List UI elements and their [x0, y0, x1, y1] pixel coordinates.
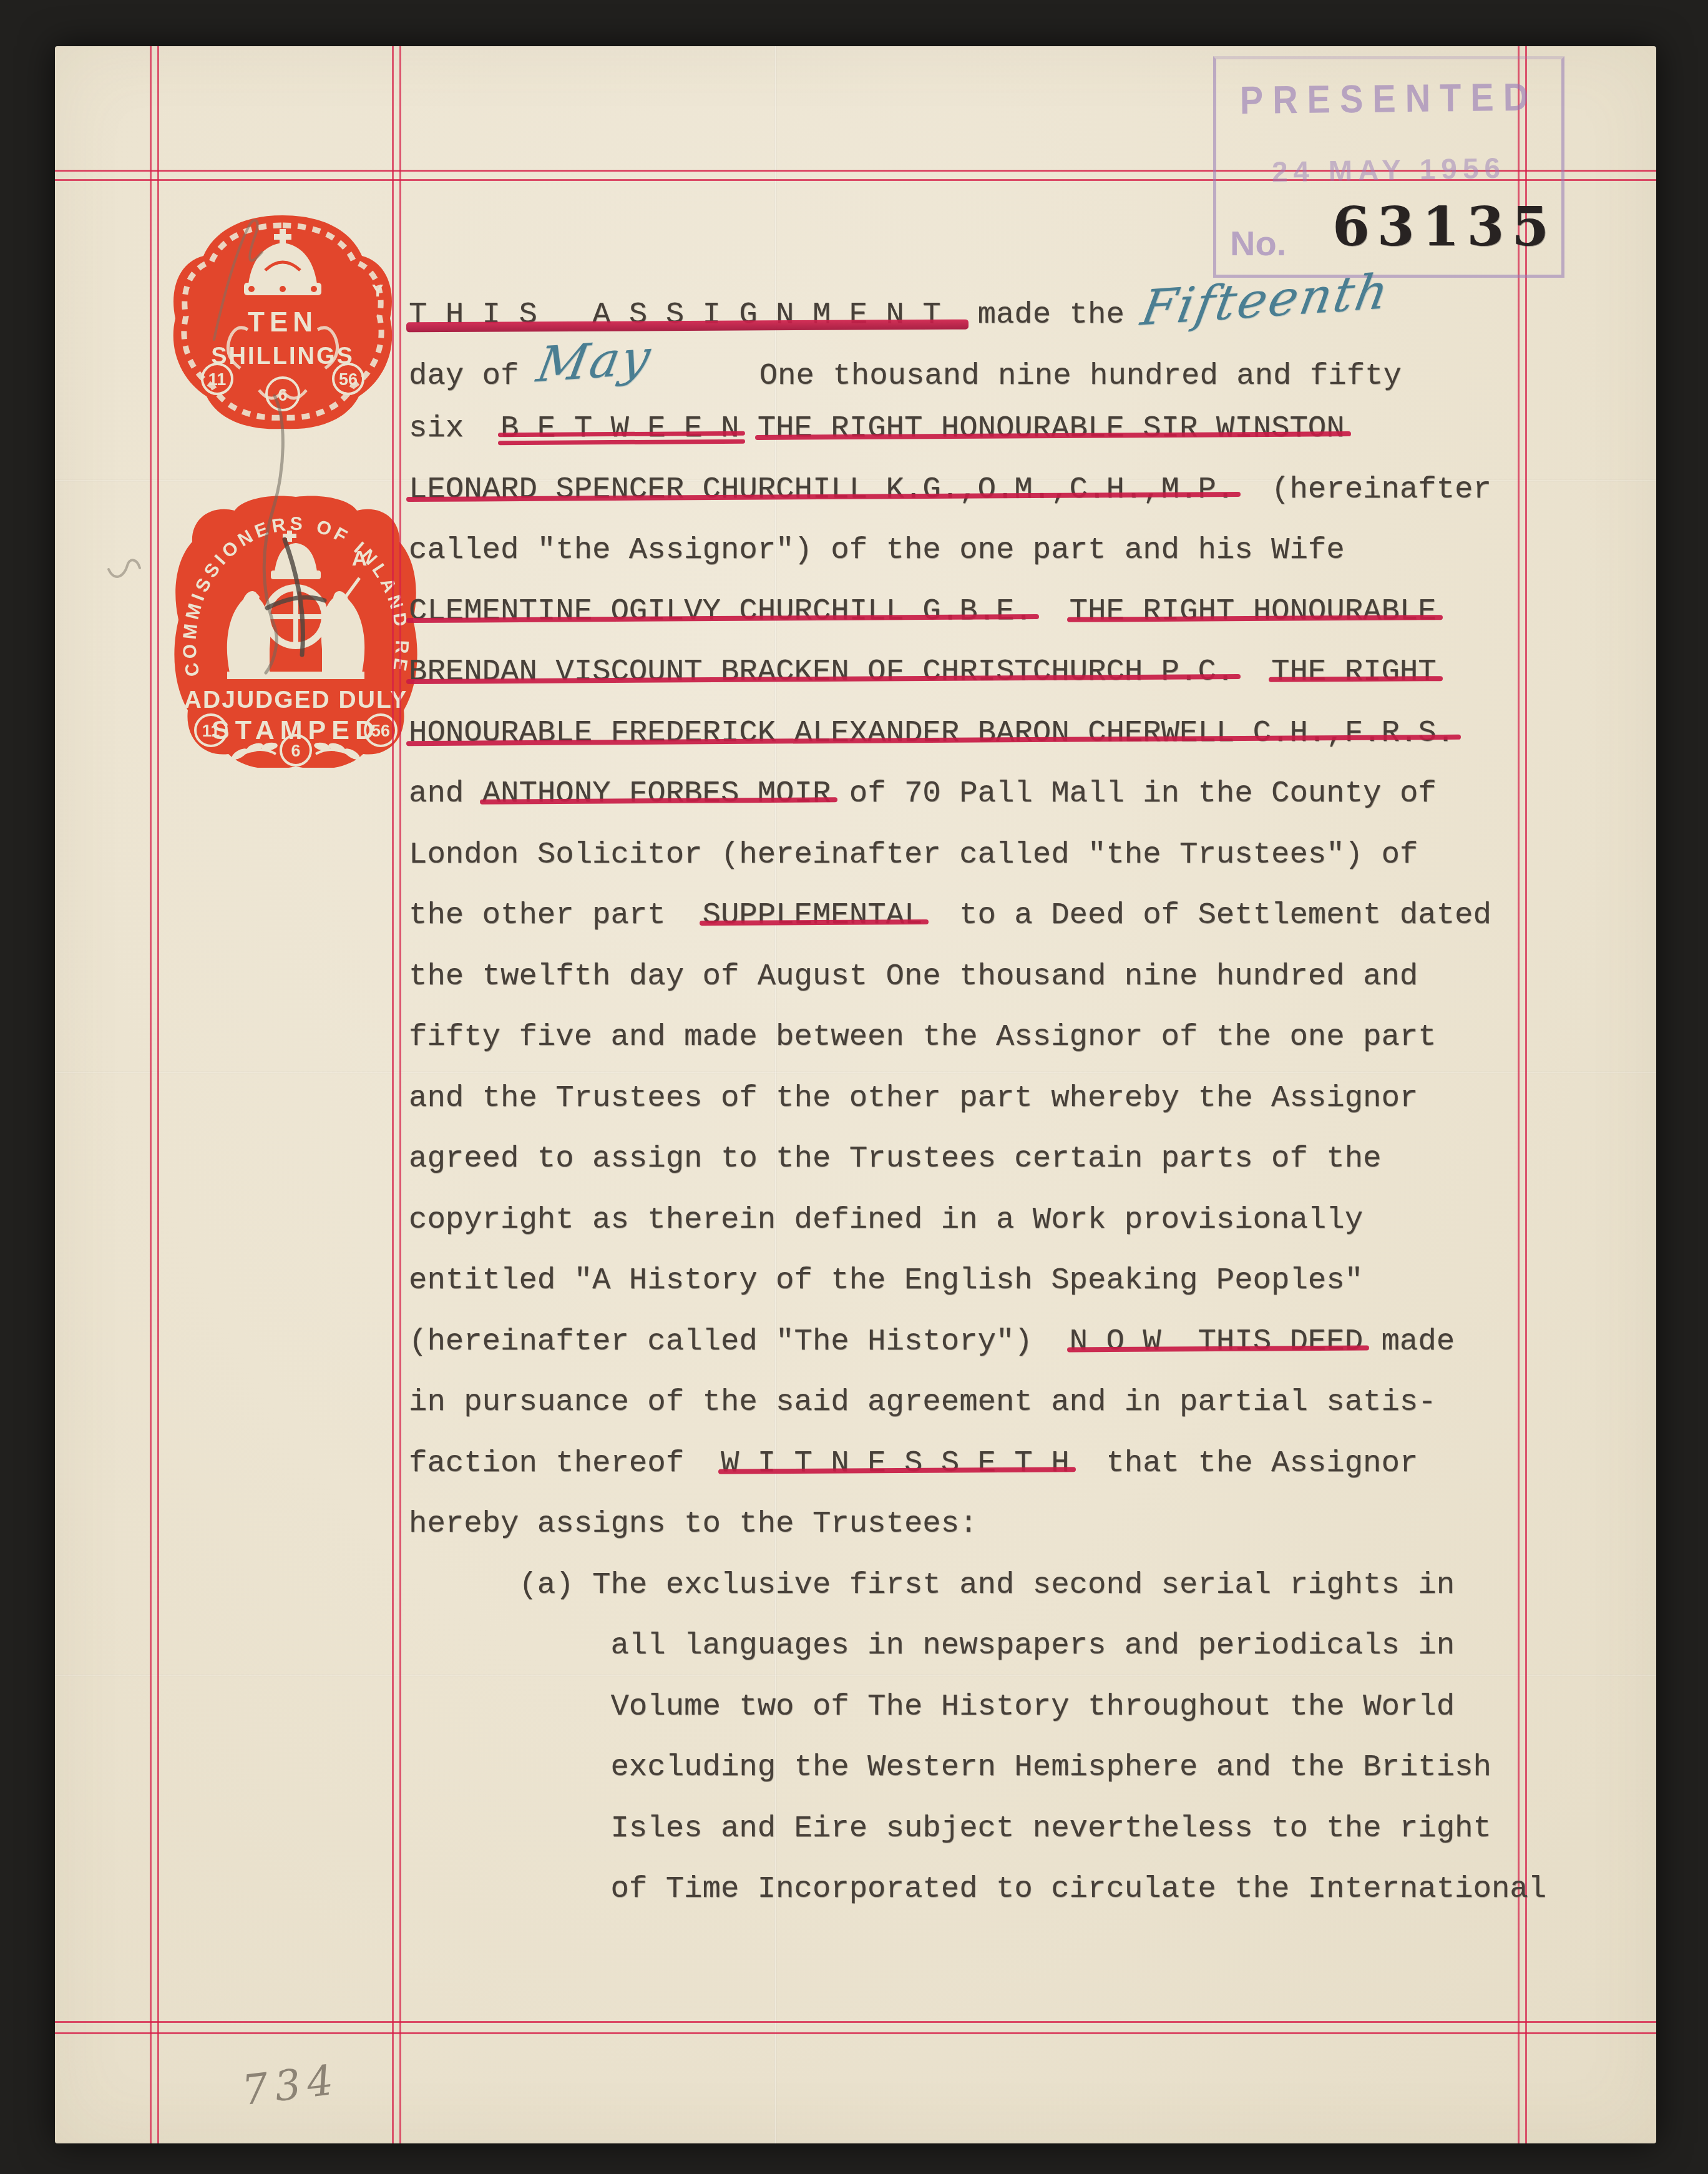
typed-line-22: (a) The exclusive first and second seria…: [409, 1555, 1546, 1616]
typed-line-16: copyright as therein defined in a Work p…: [409, 1190, 1546, 1251]
presented-label: PRESENTED: [1216, 74, 1562, 123]
typed-line-10: London Solicitor (hereinafter called "th…: [409, 825, 1546, 886]
ten-shillings-duty-stamp: TEN SHILLINGS Y 11 6 56: [165, 209, 399, 434]
typed-segment: and: [409, 776, 482, 811]
presented-date-stamp: 24 MAY 1956: [1216, 150, 1562, 190]
typed-segment: to a Deed of Settlement dated: [922, 898, 1491, 933]
typed-segment: excluding the Western Hemisphere and the…: [409, 1750, 1491, 1785]
handwritten-word: May: [532, 327, 657, 396]
typed-segment: B E T W E E N: [500, 411, 739, 446]
typed-line-24: Volume two of The History throughout the…: [409, 1677, 1546, 1738]
typed-segment: [1234, 654, 1271, 689]
banner-line2: STAMPED: [212, 715, 380, 745]
duty-value-line1: TEN: [248, 307, 318, 338]
typed-segment: T H I S A S S I G N M E N T: [409, 297, 941, 332]
section-letter: A: [352, 547, 368, 570]
typed-segment: fifty five and made between the Assignor…: [409, 1019, 1437, 1054]
typed-segment: entitled "A History of the English Speak…: [409, 1263, 1363, 1298]
typed-segment: made: [1363, 1324, 1455, 1359]
typed-line-21: hereby assigns to the Trustees:: [409, 1494, 1546, 1555]
typed-line-2: day of May One thousand nine hundred and…: [409, 338, 1546, 399]
red-rule-vertical-left-outer: [150, 46, 152, 2143]
typed-line-6: CLEMENTINE OGILVY CHURCHILL G.B.E. THE R…: [409, 581, 1546, 642]
typed-line-5: called "the Assignor") of the one part a…: [409, 520, 1546, 581]
typed-segment: that the Assignor: [1070, 1446, 1418, 1481]
red-rule-vertical-margin-outer: [392, 46, 394, 2143]
typed-segment: London Solicitor (hereinafter called "th…: [409, 837, 1418, 872]
typed-line-3: six B E T W E E N THE RIGHT HONOURABLE S…: [409, 398, 1546, 459]
typed-segment: One thousand nine hundred and fifty: [649, 358, 1402, 393]
typed-line-17: entitled "A History of the English Speak…: [409, 1250, 1546, 1311]
typed-segment: Volume two of The History throughout the…: [409, 1689, 1455, 1724]
typed-line-12: the twelfth day of August One thousand n…: [409, 946, 1546, 1007]
typed-line-13: fifty five and made between the Assignor…: [409, 1007, 1546, 1068]
typed-line-19: in pursuance of the said agreement and i…: [409, 1372, 1546, 1433]
typed-segment: the twelfth day of August One thousand n…: [409, 959, 1418, 994]
typed-line-4: LEONARD SPENCER CHURCHILL K.G.,O.M.,C.H.…: [409, 459, 1546, 521]
pencil-scribble: [109, 560, 140, 577]
typed-segment: of Time Incorporated to circulate the In…: [409, 1871, 1546, 1906]
typed-line-25: excluding the Western Hemisphere and the…: [409, 1737, 1546, 1798]
typed-segment: LEONARD SPENCER CHURCHILL K.G.,O.M.,C.H.…: [409, 472, 1234, 507]
duty-right-disc: 56: [339, 370, 358, 389]
typed-segment: HONOURABLE FREDERICK ALEXANDER BARON CHE…: [409, 715, 1455, 750]
adj-right-disc: 56: [371, 722, 390, 740]
typed-line-9: and ANTHONY FORBES MOIR of 70 Pall Mall …: [409, 763, 1546, 825]
typed-line-7: BRENDAN VISCOUNT BRACKEN OF CHRISTCHURCH…: [409, 642, 1546, 703]
deed-paper: TEN SHILLINGS Y 11 6 56 COMMISSIONERS OF…: [55, 46, 1656, 2143]
red-rule-horizontal-bottom-upper: [55, 2021, 1656, 2023]
typed-line-27: of Time Incorporated to circulate the In…: [409, 1859, 1546, 1920]
typed-segment: in pursuance of the said agreement and i…: [409, 1384, 1437, 1419]
typed-segment: W I T N E S S E T H: [721, 1446, 1070, 1481]
typed-segment: ANTHONY FORBES MOIR: [482, 776, 831, 811]
typed-line-8: HONOURABLE FREDERICK ALEXANDER BARON CHE…: [409, 703, 1546, 764]
serial-number: 63135: [1332, 195, 1556, 258]
handwritten-word: Fifteenth: [1136, 262, 1395, 340]
presented-stamp-box: PRESENTED 24 MAY 1956 No. 63135: [1213, 56, 1564, 278]
duty-value-line2: SHILLINGS: [211, 343, 354, 370]
typed-segment: THE RIGHT HONOURABLE SIR WINSTON: [758, 411, 1345, 446]
typed-segment: SUPPLEMENTAL: [702, 898, 922, 933]
pencil-folio-number: 734: [240, 2055, 342, 2115]
typed-segment: (hereinafter called "The History"): [409, 1324, 1070, 1359]
banner-line1: ADJUDGED DULY: [184, 687, 407, 713]
red-rule-vertical-left-inner: [157, 46, 159, 2143]
typed-segment: (hereinafter: [1234, 472, 1491, 507]
typed-text-block: T H I S A S S I G N M E N T made the Fif…: [409, 277, 1546, 1920]
typed-segment: and the Trustees of the other part where…: [409, 1080, 1418, 1115]
typed-segment: THE RIGHT HONOURABLE: [1070, 594, 1437, 629]
typed-segment: copyright as therein defined in a Work p…: [409, 1202, 1363, 1237]
typed-segment: CLEMENTINE OGILVY CHURCHILL G.B.E.: [409, 594, 1033, 629]
adj-bottom-disc: 6: [291, 742, 300, 760]
typed-segment: N O W THIS DEED: [1070, 1324, 1363, 1359]
typed-segment: (a) The exclusive first and second seria…: [409, 1567, 1455, 1602]
typed-segment: six: [409, 411, 500, 446]
adj-left-disc: 11: [202, 722, 220, 740]
typed-segment: all languages in newspapers and periodic…: [409, 1628, 1455, 1663]
typed-line-20: faction thereof W I T N E S S E T H that…: [409, 1433, 1546, 1494]
typed-segment: called "the Assignor") of the one part a…: [409, 532, 1345, 567]
duty-left-disc: 11: [208, 370, 227, 389]
typed-segment: Isles and Eire subject nevertheless to t…: [409, 1811, 1491, 1846]
typed-segment: hereby assigns to the Trustees:: [409, 1506, 978, 1541]
typed-segment: agreed to assign to the Trustees certain…: [409, 1141, 1381, 1176]
typed-line-15: agreed to assign to the Trustees certain…: [409, 1129, 1546, 1190]
typed-line-1: T H I S A S S I G N M E N T made the Fif…: [409, 277, 1546, 338]
duty-cipher-letter: Y: [372, 281, 384, 300]
typed-segment: faction thereof: [409, 1446, 721, 1481]
typed-segment: THE RIGHT: [1271, 654, 1437, 689]
typed-segment: of 70 Pall Mall in the County of: [831, 776, 1436, 811]
red-rule-horizontal-bottom-lower: [55, 2032, 1656, 2034]
typed-line-11: the other part SUPPLEMENTAL to a Deed of…: [409, 885, 1546, 946]
typed-segment: the other part: [409, 898, 702, 933]
typed-segment: BRENDAN VISCOUNT BRACKEN OF CHRISTCHURCH…: [409, 654, 1234, 689]
typed-segment: made the: [941, 297, 1143, 332]
number-label: No.: [1230, 223, 1286, 263]
typed-line-18: (hereinafter called "The History") N O W…: [409, 1311, 1546, 1373]
typed-line-26: Isles and Eire subject nevertheless to t…: [409, 1798, 1546, 1859]
typed-line-23: all languages in newspapers and periodic…: [409, 1615, 1546, 1677]
inland-revenue-adjudication-stamp: COMMISSIONERS OF INLAND REVENUE A ADJUDG…: [170, 492, 422, 768]
typed-segment: day of: [409, 358, 537, 393]
typed-segment: [1033, 594, 1070, 629]
typed-line-14: and the Trustees of the other part where…: [409, 1068, 1546, 1129]
red-rule-vertical-margin-inner: [399, 46, 401, 2143]
